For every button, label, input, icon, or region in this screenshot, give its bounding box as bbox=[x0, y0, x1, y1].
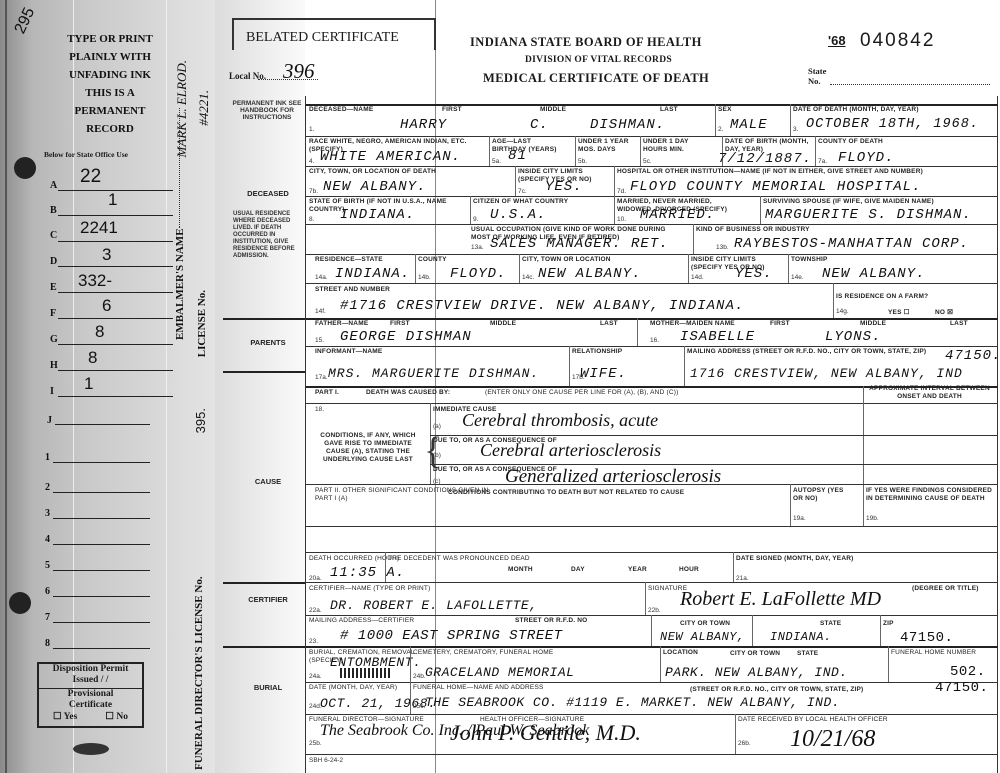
permanent-ink-note: PERMANENT INK SEE HANDBOOK FOR INSTRUCTI… bbox=[232, 100, 302, 121]
label: KIND OF BUSINESS OR INDUSTRY bbox=[696, 226, 810, 233]
code-value: 1 bbox=[108, 190, 117, 210]
code-letter: I bbox=[50, 386, 54, 397]
code-letter: 6 bbox=[45, 586, 50, 597]
date-of-death: OCTOBER 18TH, 1968. bbox=[806, 117, 979, 132]
local-no: 396 bbox=[283, 59, 315, 84]
provisional-yes-checkbox[interactable]: ☐ Yes bbox=[53, 712, 77, 723]
code-letter: 4 bbox=[45, 534, 50, 545]
punch-hole bbox=[14, 157, 36, 179]
year-prefix: '68 bbox=[828, 33, 846, 48]
label: HOUR bbox=[679, 566, 699, 573]
label: MAILING ADDRESS—CERTIFIER bbox=[309, 617, 414, 624]
label: CONDITIONS CONTRIBUTING TO DEATH BUT NOT… bbox=[448, 489, 684, 496]
code-letter: 7 bbox=[45, 612, 50, 623]
residence-street: #1716 CRESTVIEW DRIVE. NEW ALBANY, INDIA… bbox=[340, 298, 744, 314]
label: INFORMANT—NAME bbox=[315, 348, 382, 355]
code-letter: D bbox=[50, 256, 57, 267]
code-value: 22 bbox=[80, 166, 101, 188]
deceased-middle-name: C. bbox=[530, 117, 549, 133]
father-name: GEORGE DISHMAN bbox=[340, 329, 472, 345]
label: CITIZEN OF WHAT COUNTRY bbox=[473, 198, 568, 205]
date-of-birth: 7/12/1887. bbox=[718, 151, 812, 167]
code-letter: 8 bbox=[45, 638, 50, 649]
fd-license-label: FUNERAL DIRECTOR'S LICENSE No. bbox=[193, 430, 205, 770]
label: UNDER 1 DAY HOURS MIN. bbox=[643, 138, 713, 154]
label: RESIDENCE—STATE bbox=[315, 256, 383, 263]
label: TOWNSHIP bbox=[791, 256, 828, 263]
section-cause: CAUSE bbox=[228, 477, 308, 486]
label: PART I. bbox=[315, 389, 339, 396]
funeral-home-number: 502. bbox=[950, 664, 986, 680]
citizen-of: U.S.A. bbox=[490, 207, 546, 223]
label: THE DECEDENT WAS PRONOUNCED DEAD bbox=[388, 555, 530, 562]
label: MIDDLE bbox=[860, 320, 886, 327]
label: DATE OF DEATH (MONTH, DAY, YEAR) bbox=[793, 106, 919, 113]
label: SEX bbox=[718, 106, 732, 113]
label: LAST bbox=[660, 106, 678, 113]
farm-yes-checkbox[interactable]: YES ☐ bbox=[888, 308, 910, 316]
state-office-label: Below for State Office Use bbox=[44, 150, 128, 159]
occupation: SALES MANAGER. RET. bbox=[490, 236, 669, 252]
label: MOTHER—MAIDEN NAME bbox=[650, 320, 735, 327]
label: COUNTY OF DEATH bbox=[818, 138, 883, 145]
label: DEATH WAS CAUSED BY: bbox=[366, 389, 450, 396]
label: DATE RECEIVED BY LOCAL HEALTH OFFICER bbox=[738, 716, 888, 723]
funeral-home-name-address: THE SEABROOK CO. #1119 E. MARKET. NEW AL… bbox=[425, 695, 840, 710]
label: CERTIFIER—NAME (TYPE OR PRINT) bbox=[309, 585, 430, 592]
label: STATE bbox=[820, 620, 841, 627]
code-letter: 5 bbox=[45, 560, 50, 571]
business-industry: RAYBESTOS-MANHATTAN CORP. bbox=[734, 236, 969, 252]
form-number: SBH 6-24-2 bbox=[309, 757, 343, 764]
section-deceased: DECEASED bbox=[228, 189, 308, 198]
seal-mark bbox=[73, 743, 109, 755]
label: LAST bbox=[600, 320, 618, 327]
label: HOSPITAL OR OTHER INSTITUTION—NAME (IF N… bbox=[617, 168, 923, 175]
header-division: DIVISION OF VITAL RECORDS bbox=[525, 55, 672, 65]
death-occurred-hour: 11:35 A. bbox=[330, 565, 405, 581]
code-value: 3 bbox=[102, 245, 111, 265]
code-letter: 2 bbox=[45, 482, 50, 493]
label: FUNERAL HOME NUMBER bbox=[891, 649, 976, 656]
informant-zip: 47150. bbox=[945, 348, 1000, 364]
section-parents: PARENTS bbox=[228, 338, 308, 347]
label: YEAR bbox=[628, 566, 647, 573]
label: CITY OR TOWN bbox=[680, 620, 730, 627]
belated-stamp: BELATED CERTIFICATE bbox=[232, 18, 436, 50]
label: DATE (MONTH, DAY, YEAR) bbox=[309, 684, 397, 691]
label: STATE bbox=[797, 650, 818, 657]
label: MONTH bbox=[508, 566, 533, 573]
cemetery: GRACELAND MEMORIAL bbox=[425, 665, 574, 680]
surviving-spouse: MARGUERITE S. DISHMAN. bbox=[765, 207, 972, 223]
burial-location: PARK. NEW ALBANY, IND. bbox=[665, 665, 848, 680]
label: STREET AND NUMBER bbox=[315, 286, 390, 293]
health-officer-signature: John P. Gentile, M.D. bbox=[450, 720, 641, 746]
certifier-address: # 1000 EAST SPRING STREET bbox=[340, 628, 563, 644]
label: LOCATION bbox=[663, 649, 698, 656]
label: CITY OR TOWN bbox=[730, 650, 780, 657]
code-letter: C bbox=[50, 230, 57, 241]
hospital: FLOYD COUNTY MEMORIAL HOSPITAL. bbox=[630, 179, 921, 195]
label: DAY bbox=[571, 566, 585, 573]
residence-city: NEW ALBANY. bbox=[538, 266, 641, 282]
sex: MALE bbox=[730, 117, 768, 133]
certifier-city: NEW ALBANY, bbox=[660, 630, 745, 644]
section-burial: BURIAL bbox=[228, 683, 308, 692]
label: UNDER 1 YEAR MOS. DAYS bbox=[578, 138, 638, 154]
label: FIRST bbox=[770, 320, 790, 327]
label: DATE SIGNED (MONTH, DAY, YEAR) bbox=[736, 555, 853, 562]
label: MIDDLE bbox=[540, 106, 566, 113]
code-letter: 1 bbox=[45, 452, 50, 463]
residence-state: INDIANA. bbox=[335, 266, 410, 282]
code-value: 2241 bbox=[80, 218, 118, 238]
certifier-name: DR. ROBERT E. LAFOLLETTE, bbox=[330, 598, 538, 613]
label: AUTOPSY (YES OR NO) bbox=[793, 487, 853, 503]
code-value: 8 bbox=[88, 348, 97, 368]
code-value: 1 bbox=[84, 374, 93, 394]
informant-relationship: WIFE. bbox=[580, 366, 627, 382]
residence-inside-city: YES. bbox=[735, 266, 773, 282]
farm-no-checkbox[interactable]: NO ☒ bbox=[935, 308, 953, 316]
mother-first-name: ISABELLE bbox=[680, 329, 755, 345]
code-value: 6 bbox=[102, 296, 111, 316]
state-of-birth: INDIANA. bbox=[340, 207, 415, 223]
label: IS RESIDENCE ON A FARM? bbox=[836, 293, 928, 300]
marital-status: MARRIED. bbox=[640, 207, 715, 223]
usual-residence-note: USUAL RESIDENCE WHERE DECEASED LIVED. IF… bbox=[233, 211, 303, 260]
informant-name: MRS. MARGUERITE DISHMAN. bbox=[328, 366, 539, 381]
certifier-state: INDIANA. bbox=[770, 630, 832, 644]
provisional-no-checkbox[interactable]: ☐ No bbox=[105, 712, 128, 723]
mother-last-name: LYONS. bbox=[825, 329, 881, 345]
embalmer-license: #4221. bbox=[196, 90, 212, 126]
header-subtitle: MEDICAL CERTIFICATE OF DEATH bbox=[483, 71, 709, 86]
label: FIRST bbox=[442, 106, 462, 113]
punch-hole bbox=[9, 592, 31, 614]
label: RELATIONSHIP bbox=[572, 348, 622, 355]
label: ZIP bbox=[883, 620, 894, 627]
code-value: 8 bbox=[95, 322, 104, 342]
state-no-label: State No. bbox=[808, 66, 838, 86]
label: (DEGREE OR TITLE) bbox=[912, 585, 979, 592]
code-letter: G bbox=[50, 334, 58, 345]
deceased-last-name: DISHMAN. bbox=[590, 117, 665, 133]
label: FATHER—NAME bbox=[315, 320, 368, 327]
cause-a: Cerebral thrombosis, acute bbox=[462, 410, 658, 431]
label: MIDDLE bbox=[490, 320, 516, 327]
label: COUNTY bbox=[418, 256, 447, 263]
fd-license-value: 395. bbox=[193, 408, 208, 433]
informant-mailing-address: 1716 CRESTVIEW, NEW ALBANY, IND bbox=[690, 366, 963, 381]
code-letter: J bbox=[47, 415, 52, 426]
label: DECEASED—NAME bbox=[309, 106, 373, 113]
label: FUNERAL HOME—NAME AND ADDRESS bbox=[413, 684, 544, 691]
code-letter: B bbox=[50, 205, 57, 216]
code-letter: F bbox=[50, 308, 56, 319]
city-of-death: NEW ALBANY. bbox=[323, 179, 426, 195]
label: STREET OR R.F.D. NO bbox=[515, 617, 587, 624]
township: NEW ALBANY. bbox=[822, 266, 925, 282]
race: WHITE AMERICAN. bbox=[320, 149, 461, 165]
label: FIRST bbox=[390, 320, 410, 327]
label: CITY, TOWN, OR LOCATION OF DEATH bbox=[309, 168, 436, 175]
inside-city-limits: YES. bbox=[545, 179, 583, 195]
residence-county: FLOYD. bbox=[450, 266, 506, 282]
label: CONDITIONS, IF ANY, WHICH GAVE RISE TO I… bbox=[318, 432, 418, 464]
label: LAST bbox=[950, 320, 968, 327]
deceased-first-name: HARRY bbox=[400, 117, 447, 133]
form-left-border bbox=[305, 96, 306, 773]
code-letter: H bbox=[50, 360, 58, 371]
label: (ENTER ONLY ONE CAUSE PER LINE FOR (a), … bbox=[485, 389, 678, 396]
instructions: TYPE OR PRINT PLAINLY WITH UNFADING INK … bbox=[50, 30, 170, 138]
label: IF YES WERE FINDINGS CONSIDERED IN DETER… bbox=[866, 487, 996, 503]
license-label: LICENSE No. bbox=[196, 290, 208, 357]
label: AGE—LAST BIRTHDAY (YEARS) bbox=[492, 138, 562, 154]
struck-out-text bbox=[340, 668, 390, 678]
section-certifier: CERTIFIER bbox=[228, 595, 308, 604]
label: (STREET OR R.F.D. NO., CITY OR TOWN, STA… bbox=[690, 686, 863, 693]
funeral-home-zip: 47150. bbox=[935, 680, 988, 696]
county-of-death: FLOYD. bbox=[838, 150, 894, 166]
disposition-permit-box: Disposition Permit Issued / / Provisiona… bbox=[37, 662, 144, 728]
code-letter: 3 bbox=[45, 508, 50, 519]
strip-edge bbox=[5, 0, 7, 773]
age: 81 bbox=[508, 148, 527, 164]
certifier-signature: Robert E. LaFollette MD bbox=[680, 588, 881, 611]
code-letter: A bbox=[50, 180, 57, 191]
header-title: INDIANA STATE BOARD OF HEALTH bbox=[470, 35, 702, 50]
label: CEMETERY, CREMATORY, FUNERAL HOME bbox=[413, 649, 553, 656]
certifier-zip: 47150. bbox=[900, 630, 953, 646]
label: MAILING ADDRESS (STREET OR R.F.D. NO., C… bbox=[687, 348, 926, 355]
code-value: 332- bbox=[78, 271, 112, 291]
code-letter: E bbox=[50, 282, 57, 293]
label: CITY, TOWN OR LOCATION bbox=[522, 256, 611, 263]
label: APPROXIMATE INTERVAL BETWEEN ONSET AND D… bbox=[862, 385, 997, 401]
cause-b: Cerebral arteriosclerosis bbox=[480, 440, 661, 461]
label: SURVIVING SPOUSE (IF WIFE, GIVE MAIDEN N… bbox=[763, 198, 934, 205]
embalmer-name: MARK L. ELROD. bbox=[174, 60, 190, 158]
state-cert-number: 040842 bbox=[860, 30, 935, 52]
date-received: 10/21/68 bbox=[790, 726, 875, 753]
